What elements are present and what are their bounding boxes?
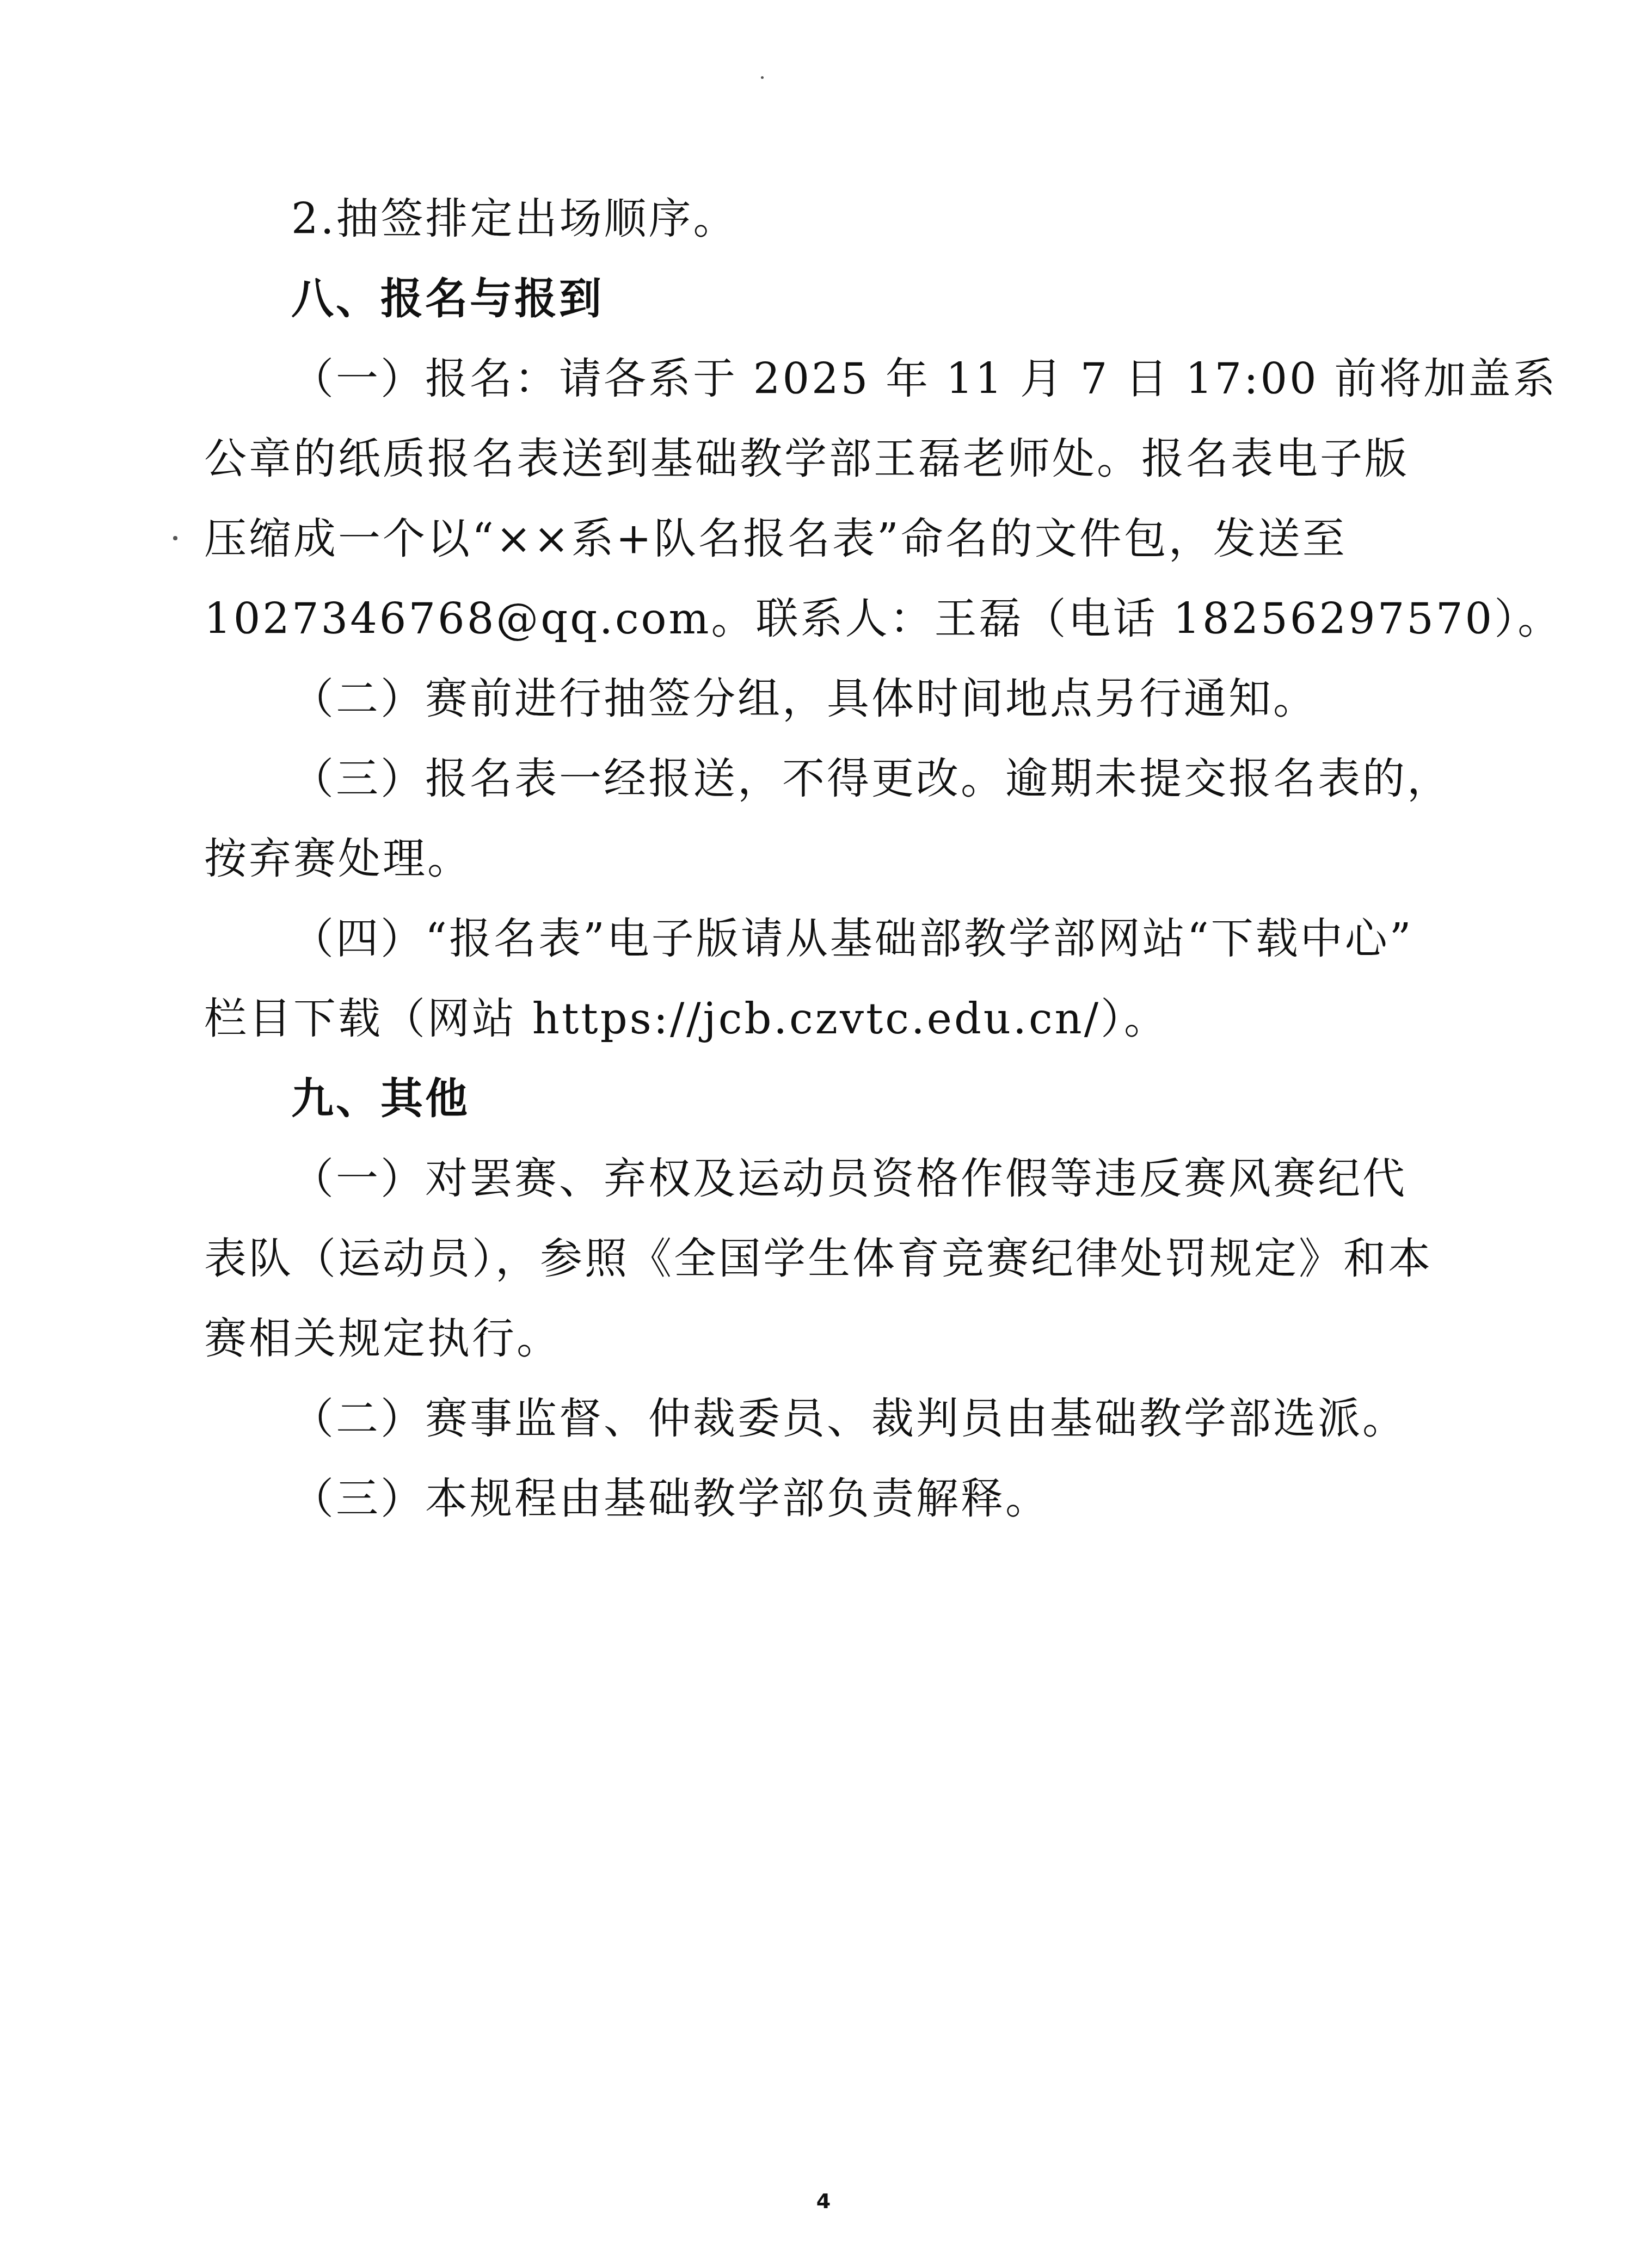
registration-paragraph-line-3: 压缩成一个以“××系+队名报名表”命名的文件包，发送至	[204, 500, 1445, 580]
officials-paragraph: （二）赛事监督、仲裁委员、裁判员由基础教学部选派。	[204, 1379, 1445, 1459]
form-download-paragraph-line-1: （四）“报名表”电子版请从基础部教学部网站“下载中心”	[204, 899, 1445, 979]
document-page: 2.抽签排定出场顺序。 八、报名与报到 （一）报名：请各系于 2025 年 11…	[0, 0, 1647, 2268]
discipline-paragraph-line-2: 表队（运动员），参照《全国学生体育竞赛纪律处罚规定》和本	[204, 1219, 1445, 1299]
form-submission-paragraph-line-1: （三）报名表一经报送，不得更改。逾期未提交报名表的，	[204, 739, 1445, 819]
document-body: 2.抽签排定出场顺序。 八、报名与报到 （一）报名：请各系于 2025 年 11…	[204, 180, 1445, 1539]
draw-grouping-paragraph: （二）赛前进行抽签分组，具体时间地点另行通知。	[204, 660, 1445, 739]
discipline-paragraph-line-3: 赛相关规定执行。	[204, 1299, 1445, 1379]
registration-contact-line: 1027346768@qq.com。联系人：王磊（电话 18256297570）…	[204, 580, 1445, 660]
registration-paragraph-line-2: 公章的纸质报名表送到基础教学部王磊老师处。报名表电子版	[204, 420, 1445, 500]
form-download-paragraph-line-2: 栏目下载（网站 https://jcb.czvtc.edu.cn/）。	[204, 979, 1445, 1059]
section-heading-other: 九、其他	[204, 1059, 1445, 1139]
section-heading-registration: 八、报名与报到	[204, 260, 1445, 340]
scan-speck	[173, 536, 177, 540]
item-draw-order: 2.抽签排定出场顺序。	[204, 180, 1445, 260]
page-number: 4	[0, 2187, 1647, 2215]
form-submission-paragraph-line-2: 按弃赛处理。	[204, 819, 1445, 899]
discipline-paragraph-line-1: （一）对罢赛、弃权及运动员资格作假等违反赛风赛纪代	[204, 1139, 1445, 1219]
registration-paragraph-line-1: （一）报名：请各系于 2025 年 11 月 7 日 17:00 前将加盖系	[204, 340, 1445, 420]
interpretation-paragraph: （三）本规程由基础教学部负责解释。	[204, 1459, 1445, 1539]
scan-speck	[761, 76, 764, 79]
